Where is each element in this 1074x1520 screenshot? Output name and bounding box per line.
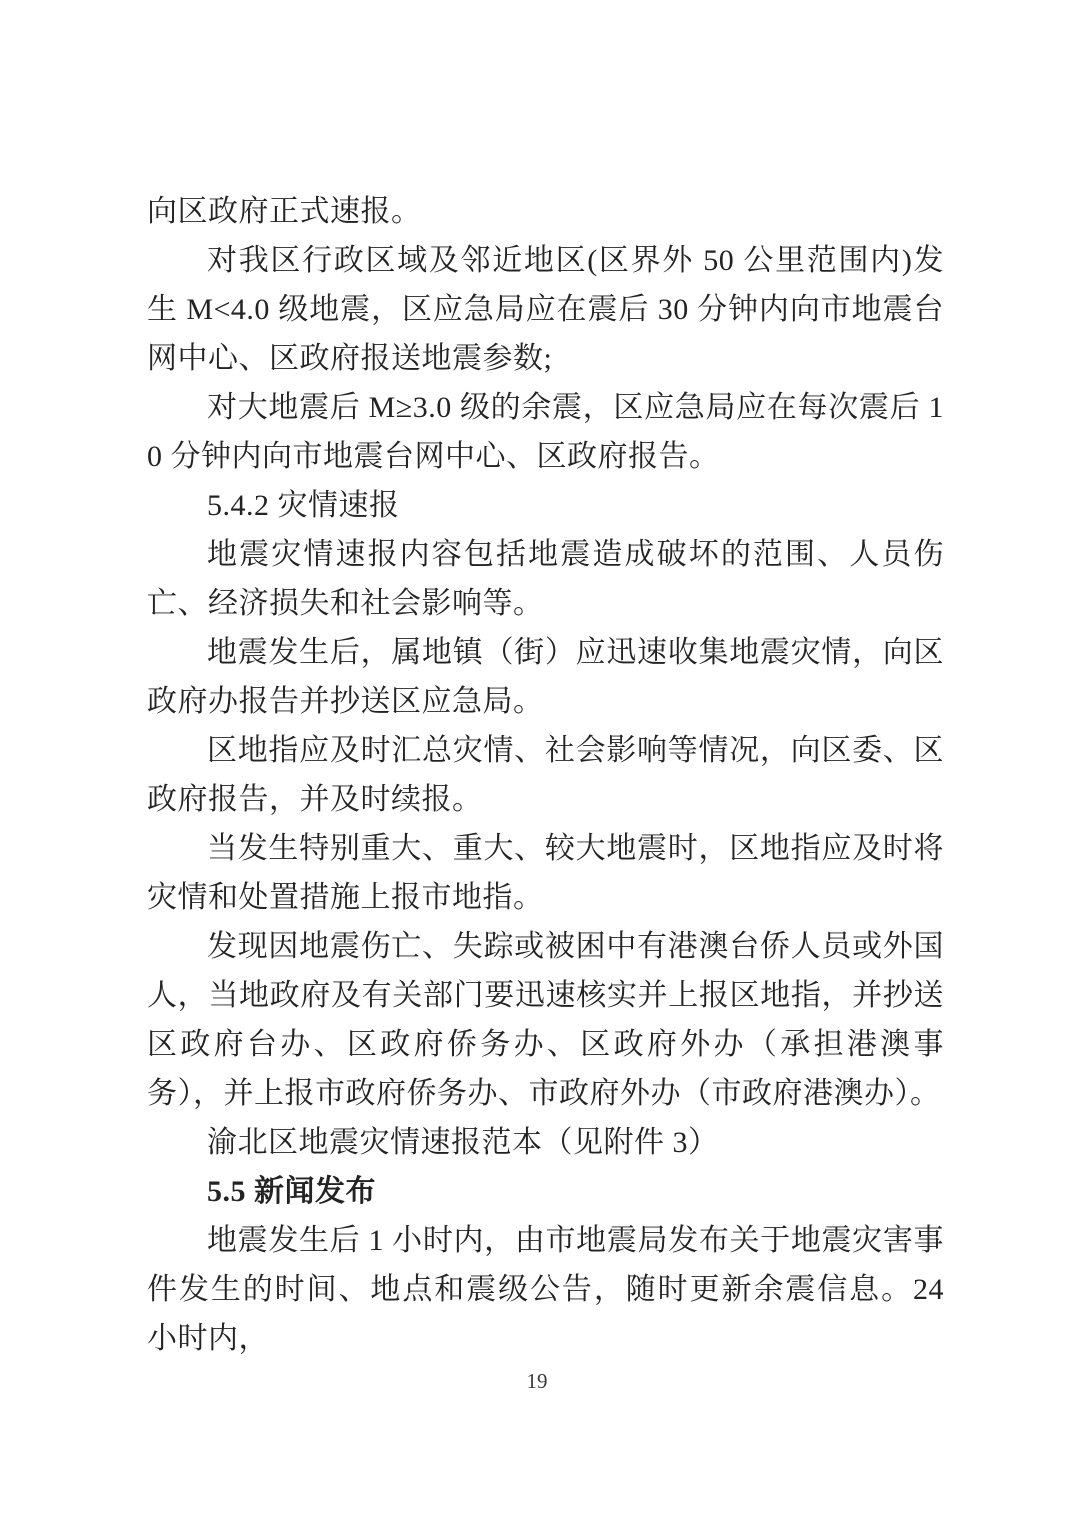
paragraph: 对大地震后 M≥3.0 级的余震，区应急局应在每次震后 10 分钟内向市地震台网… (147, 383, 944, 481)
section-heading: 5.5 新闻发布 (147, 1167, 944, 1216)
section-heading: 5.4.2 灾情速报 (147, 481, 944, 530)
paragraph: 地震发生后 1 小时内，由市地震局发布关于地震灾害事件发生的时间、地点和震级公告… (147, 1216, 944, 1363)
document-body: 向区政府正式速报。对我区行政区域及邻近地区(区界外 50 公里范围内)发生 M<… (147, 187, 944, 1363)
paragraph: 渝北区地震灾情速报范本（见附件 3） (147, 1118, 944, 1167)
paragraph: 当发生特别重大、重大、较大地震时，区地指应及时将灾情和处置措施上报市地指。 (147, 824, 944, 922)
paragraph: 发现因地震伤亡、失踪或被困中有港澳台侨人员或外国人，当地政府及有关部门要迅速核实… (147, 922, 944, 1118)
paragraph: 地震灾情速报内容包括地震造成破坏的范围、人员伤亡、经济损失和社会影响等。 (147, 530, 944, 628)
paragraph: 向区政府正式速报。 (147, 187, 944, 236)
paragraph: 地震发生后，属地镇（街）应迅速收集地震灾情，向区政府办报告并抄送区应急局。 (147, 628, 944, 726)
paragraph: 区地指应及时汇总灾情、社会影响等情况，向区委、区政府报告，并及时续报。 (147, 726, 944, 824)
paragraph: 对我区行政区域及邻近地区(区界外 50 公里范围内)发生 M<4.0 级地震，区… (147, 236, 944, 383)
document-page: 向区政府正式速报。对我区行政区域及邻近地区(区界外 50 公里范围内)发生 M<… (0, 0, 1074, 1520)
page-number: 19 (0, 1368, 1074, 1394)
